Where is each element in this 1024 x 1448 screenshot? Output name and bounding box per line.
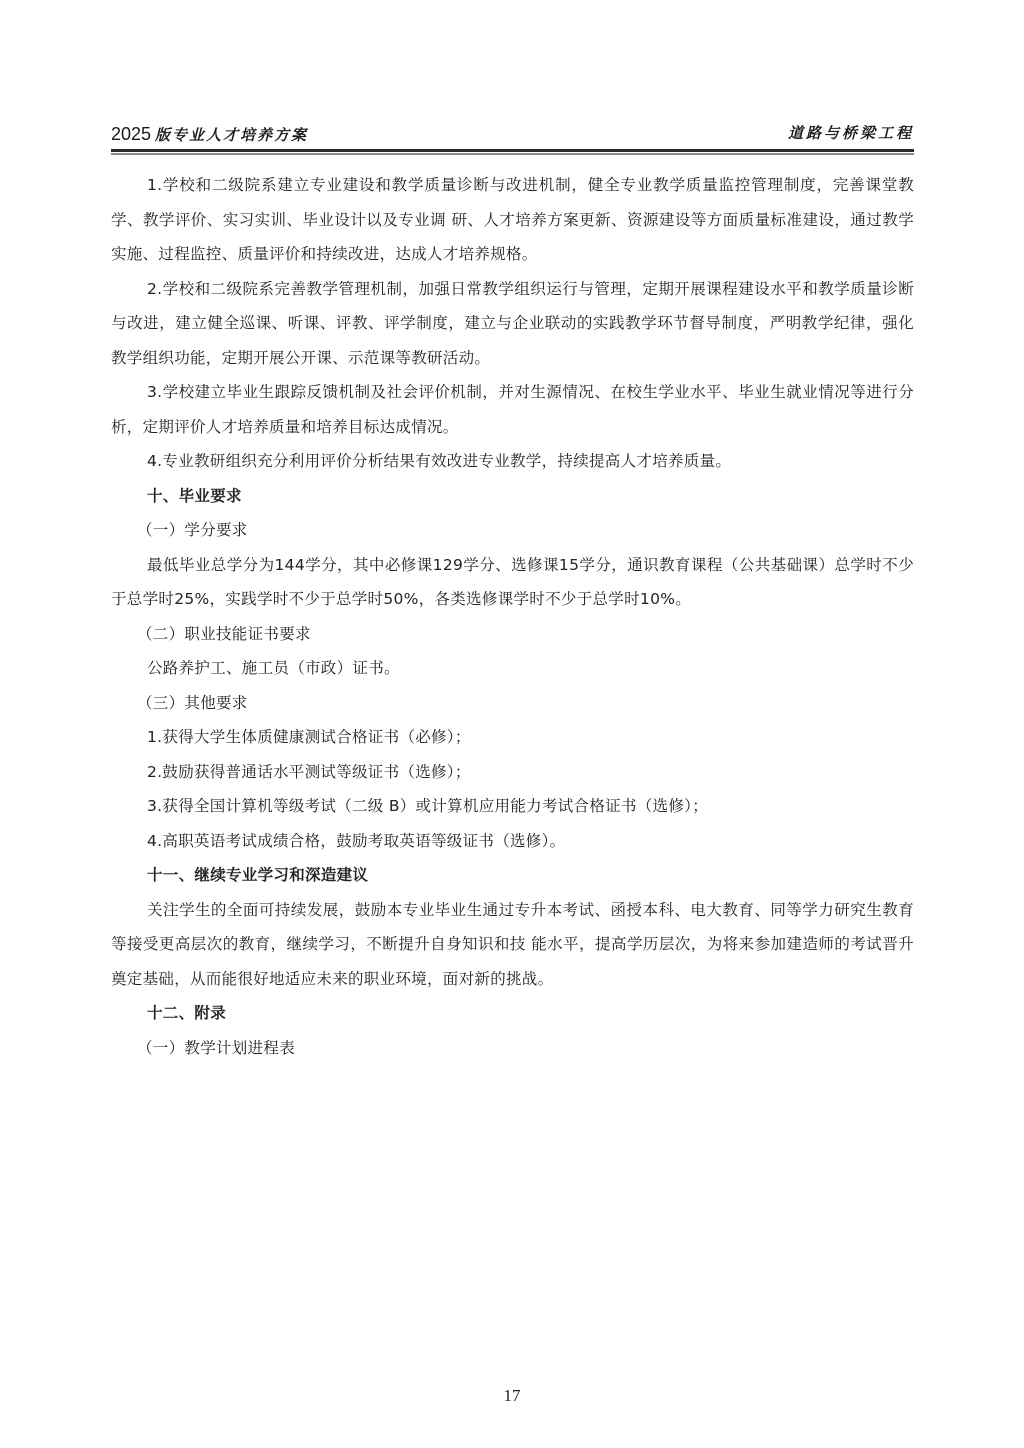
other-requirement-2: 2.鼓励获得普通话水平测试等级证书（选修）； xyxy=(111,755,914,790)
page-header: 2025版专业人才培养方案 道路与桥梁工程 xyxy=(111,122,914,146)
section-12-sub1-heading: （一）教学计划进程表 xyxy=(111,1031,914,1066)
header-divider-thin xyxy=(111,153,914,155)
credit-requirements-text: 最低毕业总学分为144学分，其中必修课129学分、选修课15学分，通识教育课程（… xyxy=(111,548,914,617)
quality-paragraph-3: 3.学校建立毕业生跟踪反馈机制及社会评价机制，并对生源情况、在校生学业水平、毕业… xyxy=(111,375,914,444)
quality-paragraph-4: 4.专业教研组织充分利用评价分析结果有效改进专业教学，持续提高人才培养质量。 xyxy=(111,444,914,479)
section-10-sub3-heading: （三）其他要求 xyxy=(111,686,914,721)
further-study-text: 关注学生的全面可持续发展，鼓励本专业毕业生通过专升本考试、函授本科、电大教育、同… xyxy=(111,893,914,997)
other-requirement-1: 1.获得大学生体质健康测试合格证书（必修）； xyxy=(111,720,914,755)
other-requirement-4: 4.高职英语考试成绩合格，鼓励考取英语等级证书（选修）。 xyxy=(111,824,914,859)
certificate-requirements-text: 公路养护工、施工员（市政）证书。 xyxy=(111,651,914,686)
header-year: 2025 xyxy=(111,124,151,144)
document-body: 1.学校和二级院系建立专业建设和教学质量诊断与改进机制，健全专业教学质量监控管理… xyxy=(111,168,914,1065)
other-requirement-3: 3.获得全国计算机等级考试（二级 B）或计算机应用能力考试合格证书（选修）； xyxy=(111,789,914,824)
section-12-heading: 十二、附录 xyxy=(111,996,914,1031)
quality-paragraph-2: 2.学校和二级院系完善教学管理机制，加强日常教学组织运行与管理，定期开展课程建设… xyxy=(111,272,914,376)
section-11-heading: 十一、继续专业学习和深造建议 xyxy=(111,858,914,893)
header-plan-title: 版专业人才培养方案 xyxy=(155,128,308,144)
header-major-name: 道路与桥梁工程 xyxy=(788,122,914,146)
section-10-sub1-heading: （一）学分要求 xyxy=(111,513,914,548)
header-divider-thick xyxy=(111,149,914,152)
section-10-sub2-heading: （二）职业技能证书要求 xyxy=(111,617,914,652)
page-number: 17 xyxy=(0,1386,1024,1406)
header-document-title: 2025版专业人才培养方案 xyxy=(111,122,308,148)
section-10-heading: 十、毕业要求 xyxy=(111,479,914,514)
quality-paragraph-1: 1.学校和二级院系建立专业建设和教学质量诊断与改进机制，健全专业教学质量监控管理… xyxy=(111,168,914,272)
